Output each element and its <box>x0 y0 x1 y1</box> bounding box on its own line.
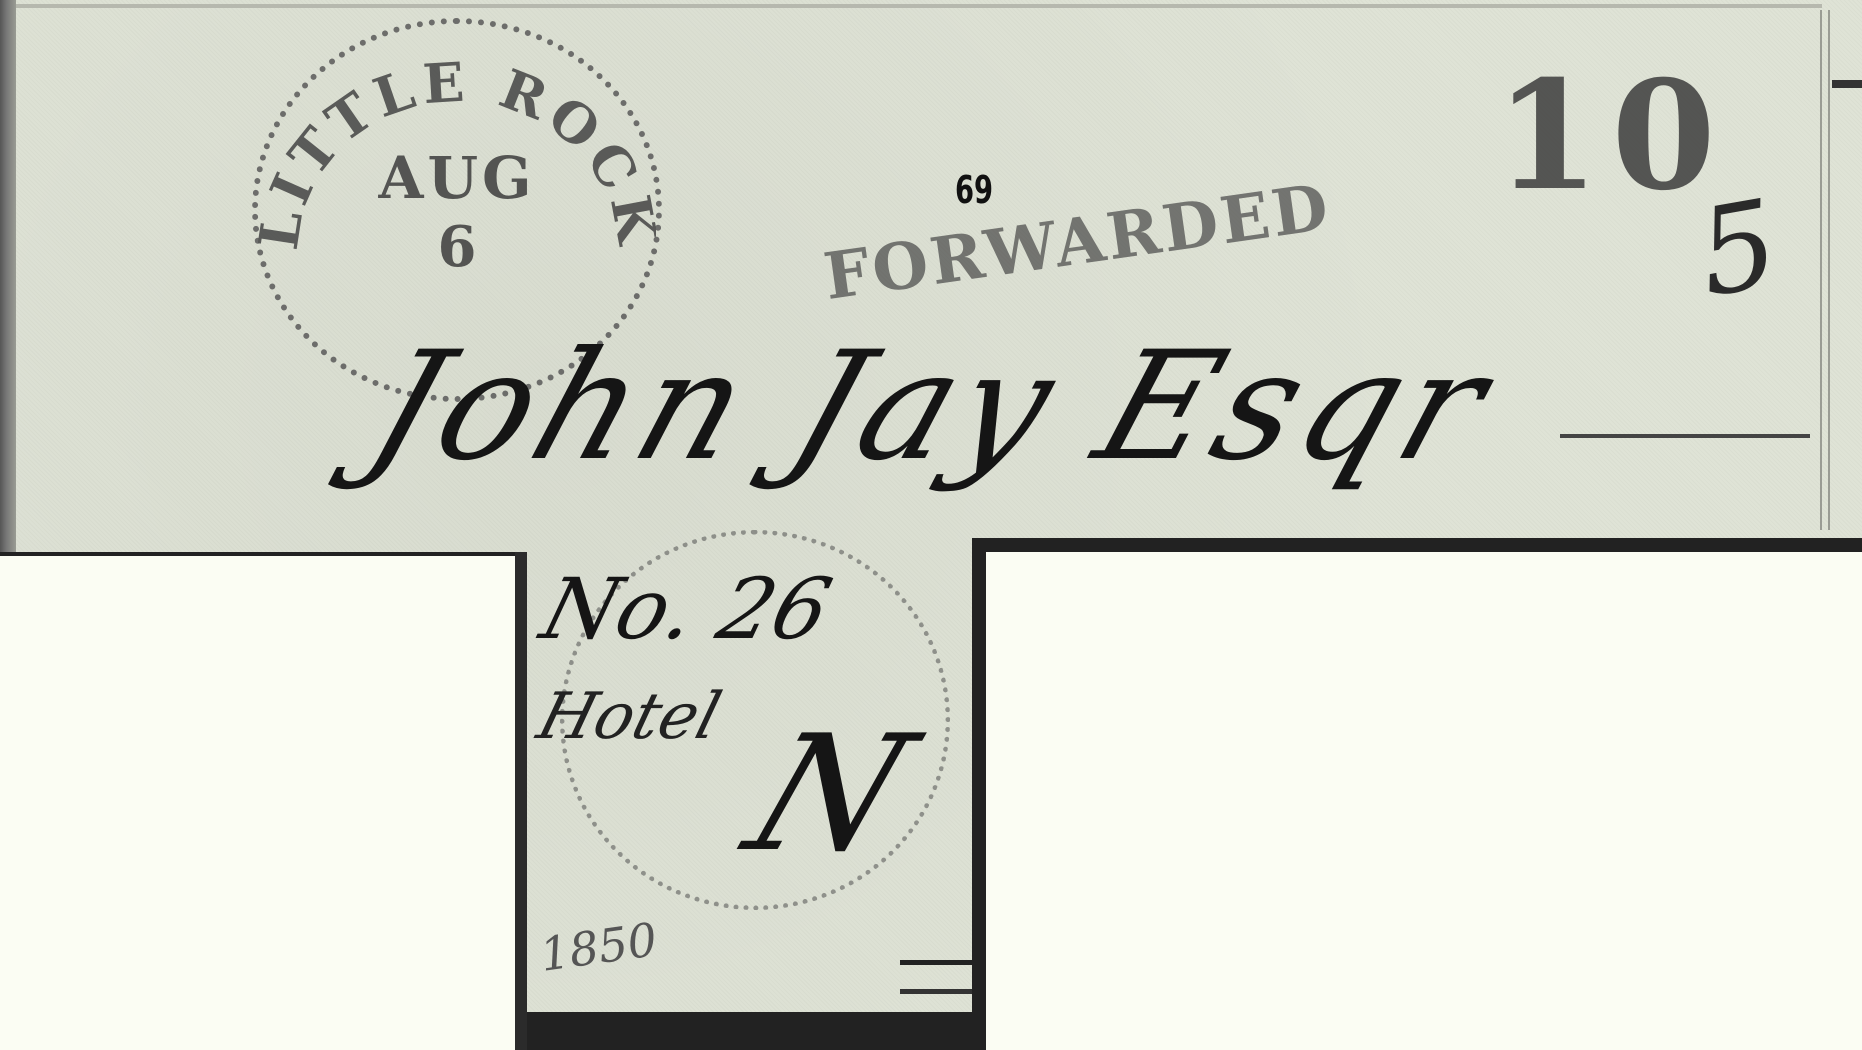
postmark-day: 6 <box>258 214 656 280</box>
page-number: 69 <box>955 168 993 212</box>
cover-left-edge <box>0 0 16 560</box>
mask-panel-right <box>972 538 1862 1050</box>
mask-panel-left-edge <box>515 552 527 1050</box>
mask-panel-left <box>0 552 520 1050</box>
edge-mark <box>1832 80 1862 88</box>
address-underline <box>1560 434 1810 438</box>
manuscript-rate: 5 <box>1689 174 1788 324</box>
document-scan: LITTLE ROCK AUG 6 69 FORWARDED 10 5 John… <box>0 0 1862 1050</box>
cover-right-edge <box>1820 10 1830 530</box>
address-line-3: Hotel <box>530 680 728 754</box>
address-line-2: No. 26 <box>532 560 841 658</box>
postmark-month: AUG <box>258 144 656 212</box>
addressee-name: John Jay Esqr <box>350 320 1512 494</box>
forwarded-handstamp: FORWARDED <box>820 170 1336 315</box>
year-annotation: 1850 <box>537 912 660 982</box>
mask-bottom-bar <box>527 1012 987 1050</box>
cover-top-edge <box>16 4 1822 8</box>
double-rule <box>900 960 980 994</box>
